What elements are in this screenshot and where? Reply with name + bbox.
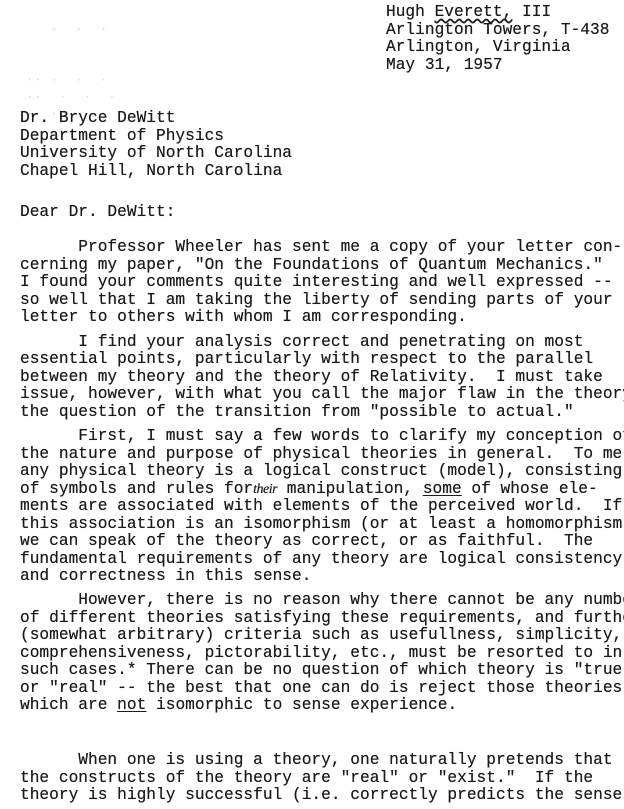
body-line: and correctness in this sense. [20,568,311,586]
body-line: ments are associated with elements of th… [20,498,622,516]
body-line: fundamental requirements of any theory a… [20,551,622,569]
body-line: letter to others with whom I am correspo… [20,309,467,327]
recipient-institution: University of North Carolina [20,145,292,163]
body-line: or "real" -- the best that one can do is… [20,680,622,698]
sender-address-2: Arlington, Virginia [386,39,571,57]
salutation: Dear Dr. DeWitt: [20,204,175,222]
body-line: we can speak of the theory as correct, o… [20,533,593,551]
letter-page: · · · ·· · · · ·· · · · · · · · Hugh Eve… [0,0,624,809]
body-line: When one is using a theory, one naturall… [20,752,613,770]
underlined-word: some [423,480,462,498]
body-line: the constructs of the theory are "real" … [20,770,593,788]
body-line: of different theories satisfying these r… [20,610,624,628]
body-line: which are not isomorphic to sense experi… [20,697,457,715]
recipient-department: Department of Physics [20,128,224,146]
body-line: I found your comments quite interesting … [20,274,613,292]
body-line: I find your analysis correct and penetra… [20,334,583,352]
body-line: Professor Wheeler has sent me a copy of … [20,239,622,257]
handwritten-correction: their [253,482,277,497]
sender-address-1: Arlington Towers, T-438 [386,22,609,40]
body-line: issue, however, with what you call the m… [20,386,624,404]
body-line: (somewhat arbitrary) criteria such as us… [20,627,622,645]
body-line: However, there is no reason why there ca… [20,592,624,610]
underlined-word: not [117,696,146,714]
body-line: the question of the transition from "pos… [20,404,574,422]
recipient-name: Dr. Bryce DeWitt [20,110,175,128]
sender-surname: Everett, [435,3,513,21]
body-line: so well that I am taking the liberty of … [20,292,613,310]
body-line: between my theory and the theory of Rela… [20,369,603,387]
body-line: any physical theory is a logical constru… [20,463,622,481]
body-line: cerning my paper, "On the Foundations of… [20,257,603,275]
recipient-city: Chapel Hill, North Carolina [20,163,282,181]
letter-date: May 31, 1957 [386,57,503,75]
body-line: comprehensiveness, pictorability, etc., … [20,645,622,663]
body-line: such cases.* There can be no question of… [20,662,624,680]
body-line: of symbols and rules fortheir manipulati… [20,481,598,499]
body-line: First, I must say a few words to clarify… [20,428,624,446]
body-line: theory is highly successful (i.e. correc… [20,787,622,805]
body-line: essential points, particularly with resp… [20,351,593,369]
body-line: this association is an isomorphism (or a… [20,516,624,534]
sender-name: Hugh Everett, III [386,4,551,22]
body-line: the nature and purpose of physical theor… [20,446,624,464]
